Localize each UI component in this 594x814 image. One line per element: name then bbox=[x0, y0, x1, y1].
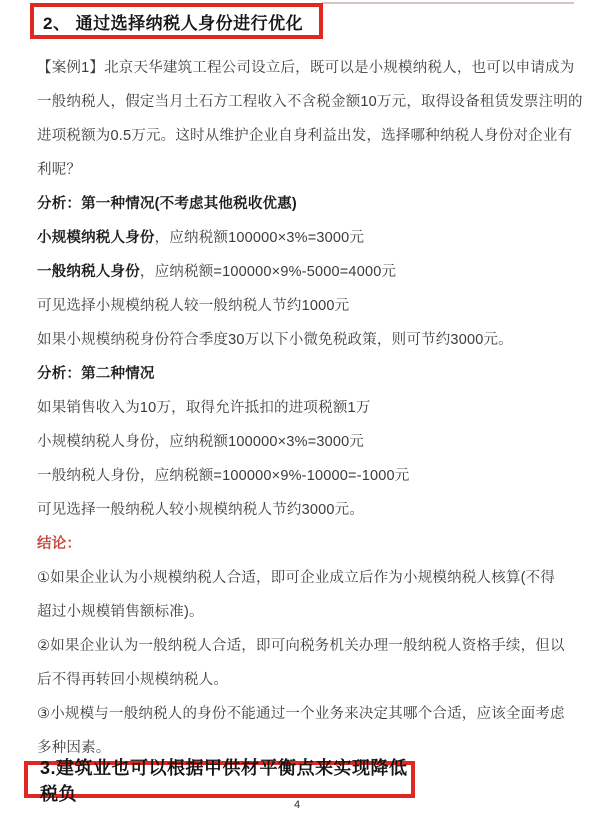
text-line-text: 可见选择一般纳税人较小规模纳税人节约3000元。 bbox=[37, 498, 364, 519]
text-line: ①如果企业认为小规模纳税人合适，即可企业成立后作为小规模纳税人核算(不得 bbox=[37, 559, 571, 593]
text-line-text: 结论： bbox=[37, 532, 81, 553]
text-line: 分析：第一种情况(不考虑其他税收优惠) bbox=[37, 185, 571, 219]
text-line-text: ②如果企业认为一般纳税人合适，即可向税务机关办理一般纳税人资格手续，但以 bbox=[37, 634, 565, 655]
section-heading-2: 2、 通过选择纳税人身份进行优化 bbox=[30, 3, 323, 39]
text-line-text: 小规模纳税人身份，应纳税额100000×3%=3000元 bbox=[37, 430, 364, 451]
text-line: 如果销售收入为10万，取得允许抵扣的进项税额1万 bbox=[37, 389, 571, 423]
text-line: 一般纳税人身份，应纳税额=100000×9%-10000=-1000元 bbox=[37, 457, 571, 491]
text-line: 可见选择小规模纳税人较一般纳税人节约1000元 bbox=[37, 287, 571, 321]
section-heading-3: 3.建筑业也可以根据甲供材平衡点来实现降低税负 bbox=[24, 761, 415, 798]
text-line-text: 可见选择小规模纳税人较一般纳税人节约1000元 bbox=[37, 294, 349, 315]
text-line-text: ，应纳税额=100000×9%-5000=4000元 bbox=[140, 260, 396, 281]
text-line-bold-lead: 一般纳税人身份 bbox=[37, 260, 140, 281]
text-line-text: 分析：第一种情况(不考虑其他税收优惠) bbox=[37, 192, 297, 213]
document-body: 【案例1】北京天华建筑工程公司设立后，既可以是小规模纳税人，也可以申请成为 一般… bbox=[37, 49, 571, 763]
text-line: 一般纳税人，假定当月土石方工程收入不含税金额10万元，取得设备租赁发票注明的 bbox=[37, 83, 571, 117]
text-line: 【案例1】北京天华建筑工程公司设立后，既可以是小规模纳税人，也可以申请成为 bbox=[37, 49, 571, 83]
text-line-text: 如果销售收入为10万，取得允许抵扣的进项税额1万 bbox=[37, 396, 371, 417]
text-line-text: 分析：第二种情况 bbox=[37, 362, 155, 383]
text-line-text: 一般纳税人身份，应纳税额=100000×9%-10000=-1000元 bbox=[37, 464, 409, 485]
text-line: 一般纳税人身份，应纳税额=100000×9%-5000=4000元 bbox=[37, 253, 571, 287]
text-line: 可见选择一般纳税人较小规模纳税人节约3000元。 bbox=[37, 491, 571, 525]
text-line: 小规模纳税人身份，应纳税额100000×3%=3000元 bbox=[37, 219, 571, 253]
text-line: 后不得再转回小规模纳税人。 bbox=[37, 661, 571, 695]
section-heading-3-label: 3.建筑业也可以根据甲供材平衡点来实现降低税负 bbox=[40, 754, 411, 806]
text-line: 如果小规模纳税身份符合季度30万以下小微免税政策，则可节约3000元。 bbox=[37, 321, 571, 355]
text-line-text: 利呢？ bbox=[37, 158, 81, 179]
text-line-bold-lead: 小规模纳税人身份 bbox=[37, 226, 155, 247]
text-line-text: ，应纳税额100000×3%=3000元 bbox=[155, 226, 365, 247]
top-edge-rule bbox=[322, 2, 574, 4]
text-line-text: 超过小规模销售额标准)。 bbox=[37, 600, 204, 621]
text-line: 超过小规模销售额标准)。 bbox=[37, 593, 571, 627]
text-line-text: ③小规模与一般纳税人的身份不能通过一个业务来决定其哪个合适，应该全面考虑 bbox=[37, 702, 565, 723]
text-line: 分析：第二种情况 bbox=[37, 355, 571, 389]
text-line-text: 一般纳税人，假定当月土石方工程收入不含税金额10万元，取得设备租赁发票注明的 bbox=[37, 90, 583, 111]
text-line-text: 进项税额为0.5万元。这时从维护企业自身利益出发，选择哪种纳税人身份对企业有 bbox=[37, 124, 572, 145]
text-line: ③小规模与一般纳税人的身份不能通过一个业务来决定其哪个合适，应该全面考虑 bbox=[37, 695, 571, 729]
text-line-text: 如果小规模纳税身份符合季度30万以下小微免税政策，则可节约3000元。 bbox=[37, 328, 513, 349]
text-line: 进项税额为0.5万元。这时从维护企业自身利益出发，选择哪种纳税人身份对企业有 bbox=[37, 117, 571, 151]
section-heading-2-label: 2、 通过选择纳税人身份进行优化 bbox=[43, 9, 303, 34]
page-number: 4 bbox=[0, 799, 594, 811]
text-line-text: 后不得再转回小规模纳税人。 bbox=[37, 668, 228, 689]
text-line: 利呢？ bbox=[37, 151, 571, 185]
text-line: 小规模纳税人身份，应纳税额100000×3%=3000元 bbox=[37, 423, 571, 457]
document-page: { "page": { "page_number": "4" }, "color… bbox=[0, 0, 594, 814]
text-line: ②如果企业认为一般纳税人合适，即可向税务机关办理一般纳税人资格手续，但以 bbox=[37, 627, 571, 661]
text-line-text: ①如果企业认为小规模纳税人合适，即可企业成立后作为小规模纳税人核算(不得 bbox=[37, 566, 555, 587]
text-line-text: 【案例1】北京天华建筑工程公司设立后，既可以是小规模纳税人，也可以申请成为 bbox=[37, 56, 574, 77]
text-line: 结论： bbox=[37, 525, 571, 559]
